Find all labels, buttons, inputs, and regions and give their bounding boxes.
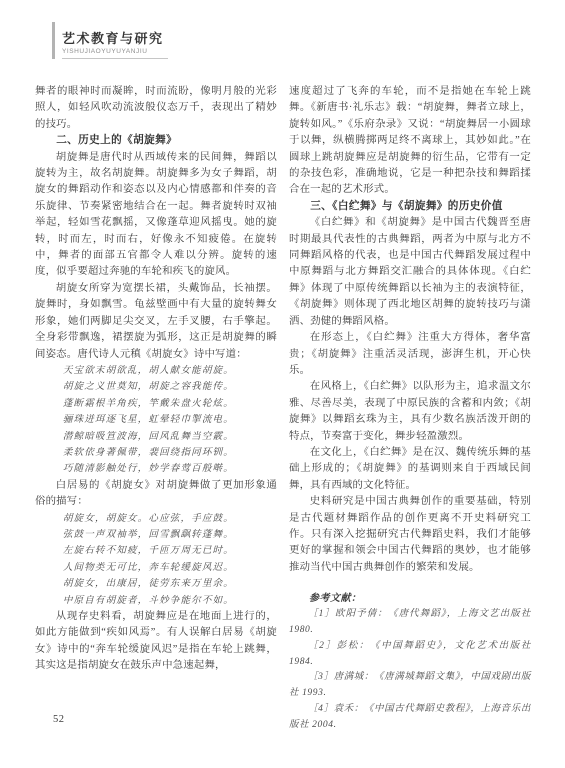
page-number: 52 xyxy=(53,714,65,725)
poem-baijuyi: 胡旋女，胡旋女。心应弦，手应鼓。 弦鼓一声双袖举，回雪飘飖转蓬舞。 左旋右转不知… xyxy=(35,511,277,609)
paragraph: 从现存史料看，胡旋舞应是在地面上进行的，如此方能做到“疾如风焉”。有人误解白居易… xyxy=(35,609,277,675)
paragraph: 在风格上，《白纻舞》以队形为主，追求温文尔雅、尽善尽美，表现了中原民族的含蓄和内… xyxy=(289,379,531,445)
poem-line: 左旋右转不知疲，千匝万周无已时。 xyxy=(35,543,277,559)
poem-line: 柔软依身著佩带，裴回绕指同环钏。 xyxy=(35,445,277,461)
left-column: 舞者的眼神时而凝眸，时而流盼，像明月般的光彩照人，如轻风吹动流波般仪态万千，表现… xyxy=(35,84,277,734)
paragraph: 速度超过了飞奔的车轮，而不是指她在车轮上跳舞。《新唐书·礼乐志》载：“胡旋舞，舞… xyxy=(289,84,531,199)
section-heading-3: 三、《白纻舞》与《胡旋舞》的历史价值 xyxy=(289,199,531,215)
poem-line: 骊珠迸珥逐飞星，虹晕轻巾掣流电。 xyxy=(35,412,277,428)
poem-line: 潜鲸暗吸笪波海，回风乱舞当空霰。 xyxy=(35,429,277,445)
paragraph: 舞者的眼神时而凝眸，时而流盼，像明月般的光彩照人，如轻风吹动流波般仪态万千，表现… xyxy=(35,84,277,133)
poem-line: 蓬断霜根羊角疾，竿戴朱盘火轮炫。 xyxy=(35,396,277,412)
paragraph: 胡旋女所穿为宽摆长裙，头戴饰品，长袖摆。旋舞时，身如飘雪。龟兹壁画中有大量的旋转… xyxy=(35,281,277,363)
journal-title: 艺术教育与研究 xyxy=(62,28,164,47)
section-heading-2: 二、历史上的《胡旋舞》 xyxy=(35,133,277,149)
poem-line: 胡旋之义世莫知，胡旋之容我能传。 xyxy=(35,379,277,395)
paragraph: 胡旋舞是唐代时从西域传来的民间舞，舞蹈以旋转为主，故名胡旋舞。胡旋舞多为女子舞蹈… xyxy=(35,150,277,281)
poem-line: 胡旋女，胡旋女。心应弦，手应鼓。 xyxy=(35,511,277,527)
reference-item: ［2］彭松：《中国舞蹈史》，文化艺术出版社 1984. xyxy=(289,639,531,671)
paragraph: 史料研究是中国古典舞创作的重要基础，特别是古代题材舞蹈作品的创作更离不开史料研究… xyxy=(289,494,531,576)
poem-yuanzhen: 天宝欲末胡欲乱，胡人献女能胡旋。 胡旋之义世莫知，胡旋之容我能传。 蓬断霜根羊角… xyxy=(35,363,277,478)
reference-item: ［3］唐满城：《唐满城舞蹈文集》，中国戏剧出版社 1993. xyxy=(289,670,531,702)
article-body: 舞者的眼神时而凝眸，时而流盼，像明月般的光彩照人，如轻风吹动流波般仪态万千，表现… xyxy=(35,84,531,734)
journal-page: 艺术教育与研究 YISHUJIAOYUYUYANJIU 舞者的眼神时而凝眸，时而… xyxy=(0,0,565,768)
right-column: 速度超过了飞奔的车轮，而不是指她在车轮上跳舞。《新唐书·礼乐志》载：“胡旋舞，舞… xyxy=(289,84,531,734)
header-accent-bar xyxy=(52,22,55,59)
reference-item: ［1］欧阳予倩：《唐代舞蹈》，上海文艺出版社 1980. xyxy=(289,607,531,639)
poem-line: 胡旋女，出康居，徒劳东来万里余。 xyxy=(35,576,277,592)
journal-pinyin: YISHUJIAOYUYUYANJIU xyxy=(62,48,164,55)
reference-item: ［4］袁禾：《中国古代舞蹈史教程》，上海音乐出版社 2004. xyxy=(289,702,531,734)
poem-line: 人间物类无可比，奔车轮缓旋风迟。 xyxy=(35,560,277,576)
references-section: 参考文献： ［1］欧阳予倩：《唐代舞蹈》，上海文艺出版社 1980. ［2］彭松… xyxy=(289,591,531,733)
poem-line: 巧随清影触处行，妙学春莺百般啭。 xyxy=(35,461,277,477)
paragraph: 在文化上，《白纻舞》是在汉、魏传统乐舞的基础上形成的；《胡旋舞》的基调则来自于西… xyxy=(289,445,531,494)
paragraph: 在形态上，《白纻舞》注重大方得体，奢华富贵；《胡旋舞》注重活灵活现，澎湃生机，开… xyxy=(289,330,531,379)
references-heading: 参考文献： xyxy=(289,591,531,607)
poem-line: 中原自有胡旋者，斗妙争能尔不如。 xyxy=(35,593,277,609)
paragraph: 白居易的《胡旋女》对胡旋舞做了更加形象通俗的描写： xyxy=(35,478,277,511)
poem-line: 弦鼓一声双袖举，回雪飘飖转蓬舞。 xyxy=(35,527,277,543)
journal-header: 艺术教育与研究 YISHUJIAOYUYUYANJIU xyxy=(52,22,168,59)
poem-line: 天宝欲末胡欲乱，胡人献女能胡旋。 xyxy=(35,363,277,379)
paragraph: 《白纻舞》和《胡旋舞》是中国古代魏晋至唐时期最具代表性的古典舞蹈，两者为中原与北… xyxy=(289,215,531,330)
journal-masthead: 艺术教育与研究 YISHUJIAOYUYUYANJIU xyxy=(62,22,168,59)
